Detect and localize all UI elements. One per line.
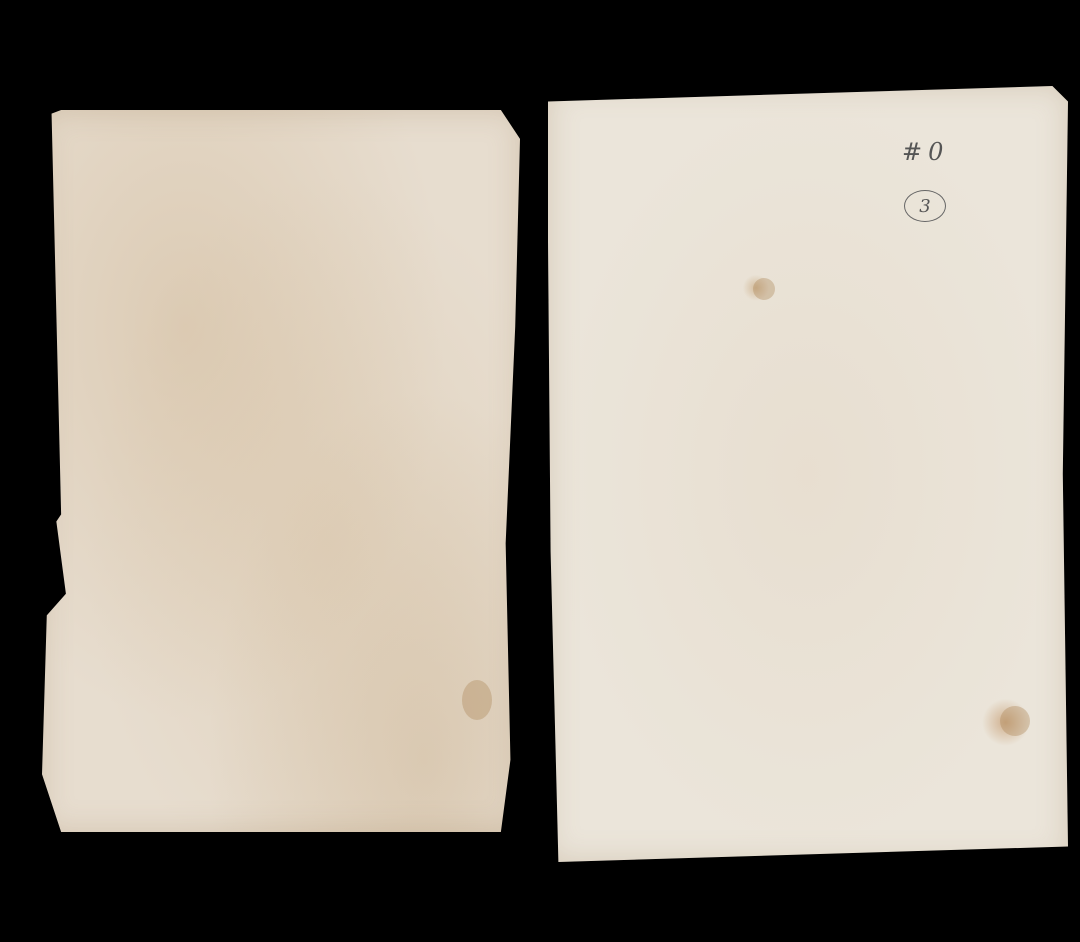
handwritten-number: #0 <box>902 138 949 166</box>
brown-stain <box>1000 706 1030 736</box>
foxing-spot <box>753 278 775 300</box>
ink-stain <box>462 680 492 720</box>
right-paper-sheet: #0 3 <box>548 86 1068 862</box>
left-paper-sheet <box>42 110 520 832</box>
handwritten-circled-number: 3 <box>904 190 946 222</box>
